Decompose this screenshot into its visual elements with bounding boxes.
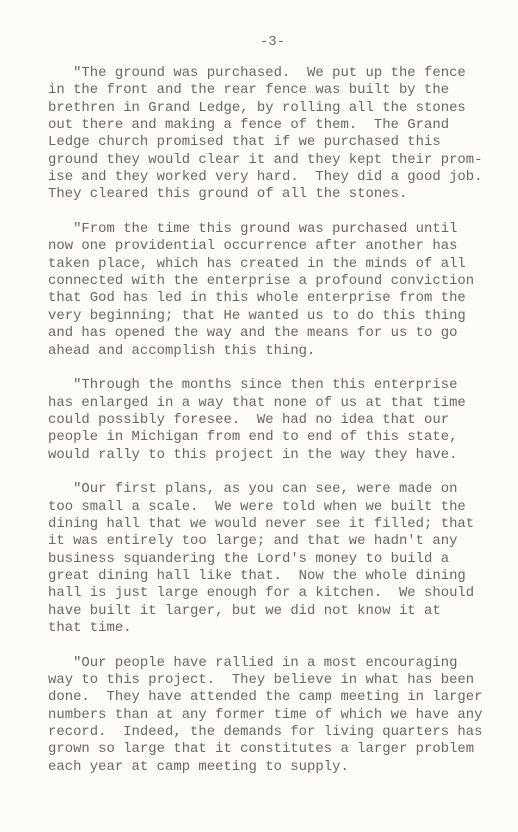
paragraph-first-plans: "Our first plans, as you can see, were m…: [48, 481, 508, 637]
text-line: "From the time this ground was purchased…: [48, 221, 508, 238]
paragraph-people-rallied: "Our people have rallied in a most encou…: [48, 655, 508, 776]
paragraph-providential-occurrence: "From the time this ground was purchased…: [48, 221, 508, 360]
text-line: has enlarged in a way that none of us at…: [48, 395, 508, 412]
text-line: connected with the enterprise a profound…: [48, 273, 508, 290]
text-line: "The ground was purchased. We put up the…: [48, 65, 508, 82]
text-line: grown so large that it constitutes a lar…: [48, 741, 508, 758]
text-line: in the front and the rear fence was buil…: [48, 82, 508, 99]
text-line: brethren in Grand Ledge, by rolling all …: [48, 100, 508, 117]
text-line: and has opened the way and the means for…: [48, 325, 508, 342]
text-line: too small a scale. We were told when we …: [48, 499, 508, 516]
document-page: -3- "The ground was purchased. We put up…: [0, 0, 518, 832]
text-line: great dining hall like that. Now the who…: [48, 568, 508, 585]
text-line: now one providential occurrence after an…: [48, 238, 508, 255]
text-line: They cleared this ground of all the ston…: [48, 186, 508, 203]
text-line: ground they would clear it and they kept…: [48, 152, 508, 169]
paragraph-ground-purchased: "The ground was purchased. We put up the…: [48, 65, 508, 204]
text-line: taken place, which has created in the mi…: [48, 256, 508, 273]
text-line: have built it larger, but we did not kno…: [48, 603, 508, 620]
text-line: that time.: [48, 620, 508, 637]
text-line: numbers than at any former time of which…: [48, 707, 508, 724]
paragraph-enterprise-enlarged: "Through the months since then this ente…: [48, 377, 508, 464]
text-line: ise and they worked very hard. They did …: [48, 169, 508, 186]
text-line: Ledge church promised that if we purchas…: [48, 134, 508, 151]
body-text: "The ground was purchased. We put up the…: [48, 65, 508, 793]
text-line: record. Indeed, the demands for living q…: [48, 724, 508, 741]
text-line: ahead and accomplish this thing.: [48, 343, 508, 360]
text-line: people in Michigan from end to end of th…: [48, 429, 508, 446]
text-line: "Through the months since then this ente…: [48, 377, 508, 394]
text-line: that God has led in this whole enterpris…: [48, 290, 508, 307]
text-line: would rally to this project in the way t…: [48, 447, 508, 464]
text-line: could possibly foresee. We had no idea t…: [48, 412, 508, 429]
text-line: very beginning; that He wanted us to do …: [48, 308, 508, 325]
text-line: way to this project. They believe in wha…: [48, 672, 508, 689]
text-line: "Our first plans, as you can see, were m…: [48, 481, 508, 498]
text-line: out there and making a fence of them. Th…: [48, 117, 508, 134]
text-line: it was entirely too large; and that we h…: [48, 533, 508, 550]
text-line: dining hall that we would never see it f…: [48, 516, 508, 533]
text-line: each year at camp meeting to supply.: [48, 759, 508, 776]
text-line: "Our people have rallied in a most encou…: [48, 655, 508, 672]
text-line: business squandering the Lord's money to…: [48, 551, 508, 568]
text-line: done. They have attended the camp meetin…: [48, 689, 508, 706]
text-line: hall is just large enough for a kitchen.…: [48, 585, 508, 602]
page-number: -3-: [0, 34, 518, 50]
